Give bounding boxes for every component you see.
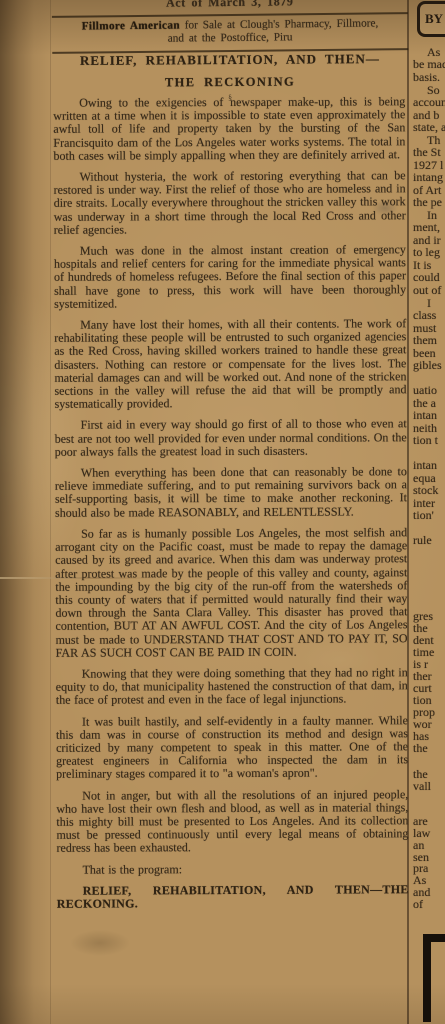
column-text-fragment: to leg — [413, 246, 440, 259]
column-text-fragment: out of — [413, 284, 441, 297]
column-text-fragment: intan — [413, 409, 437, 422]
column-text-fragment: state, a — [413, 121, 445, 134]
column-text-fragment: basis. — [413, 71, 440, 84]
paper-stain — [70, 930, 130, 956]
column-text-fragment: rule — [413, 534, 432, 547]
paragraph: Not in anger, but with all the resolutio… — [56, 788, 408, 856]
column-text-fragment: stock — [413, 484, 438, 497]
column-text-fragment: could — [413, 271, 440, 284]
paragraph: Knowing that they were doing something t… — [56, 666, 408, 707]
paragraph: When everything has been done that can r… — [55, 465, 407, 519]
column-text-fragment: class — [413, 309, 436, 322]
column-text-fragment: intang — [413, 171, 443, 184]
closing-line: RELIEF, REHABILITATION, AND THEN—THE REC… — [57, 883, 409, 911]
column-text-fragment: tion' — [413, 509, 434, 522]
column-text-fragment: uatio — [413, 384, 437, 397]
left-column-rule — [50, 0, 51, 1024]
column-text-fragment: ment, — [413, 221, 440, 234]
seller-notice-line2: and at the Postoffice, Piru — [168, 31, 293, 44]
adjacent-column-fragments: Asbe madbasis.Soaccounand bstate, aThthe… — [413, 0, 445, 1024]
paragraph: First aid in every way should go first o… — [55, 418, 407, 459]
column-text-fragment: the — [413, 742, 428, 755]
column-text-fragment: gibles — [413, 359, 442, 372]
program-line: That is the program: — [57, 862, 409, 877]
column-text-fragment: them — [413, 334, 437, 347]
advertisement-border-corner — [423, 934, 445, 1022]
column-text-fragment: the St — [413, 146, 441, 159]
headline-line2: THE RECKONING — [52, 74, 408, 91]
paragraph: It was built hastily, and self-evidently… — [56, 714, 408, 782]
column-text-fragment: the pe — [413, 196, 442, 209]
column-text-fragment: be mad — [413, 58, 445, 71]
newspaper-clipping: Act of March 3, 1879 Fillmore American f… — [0, 0, 445, 1024]
act-line: Act of March 3, 1879 — [52, 0, 408, 12]
paragraph: Many have lost their homes, with all the… — [54, 317, 406, 411]
column-text-fragment: accoun — [413, 96, 445, 109]
headline-line1: RELIEF, REHABILITATION, AND THEN— — [52, 51, 408, 69]
masthead: Act of March 3, 1879 Fillmore American f… — [52, 0, 409, 57]
column-text-fragment: of — [413, 898, 423, 911]
paragraph: Without hysteria, the work of restoring … — [54, 169, 406, 237]
column-text-fragment: intan — [413, 459, 437, 472]
article-body: Owing to the exigencies of newspaper mak… — [53, 95, 409, 919]
column-text-fragment: vall — [413, 780, 431, 793]
paragraph: Much was done in the almost instant crea… — [54, 243, 406, 311]
column-text-fragment: tion t — [413, 434, 438, 447]
paragraph: So far as is humanly possible Los Angele… — [55, 526, 408, 660]
paragraph: Owing to the exigencies of newspaper mak… — [53, 95, 405, 163]
seller-notice-rest: for Sale at Clough's Pharmacy, Fillmore, — [180, 17, 379, 31]
paper-name: Fillmore American — [82, 20, 180, 33]
seller-notice: Fillmore American for Sale at Clough's P… — [52, 17, 408, 47]
